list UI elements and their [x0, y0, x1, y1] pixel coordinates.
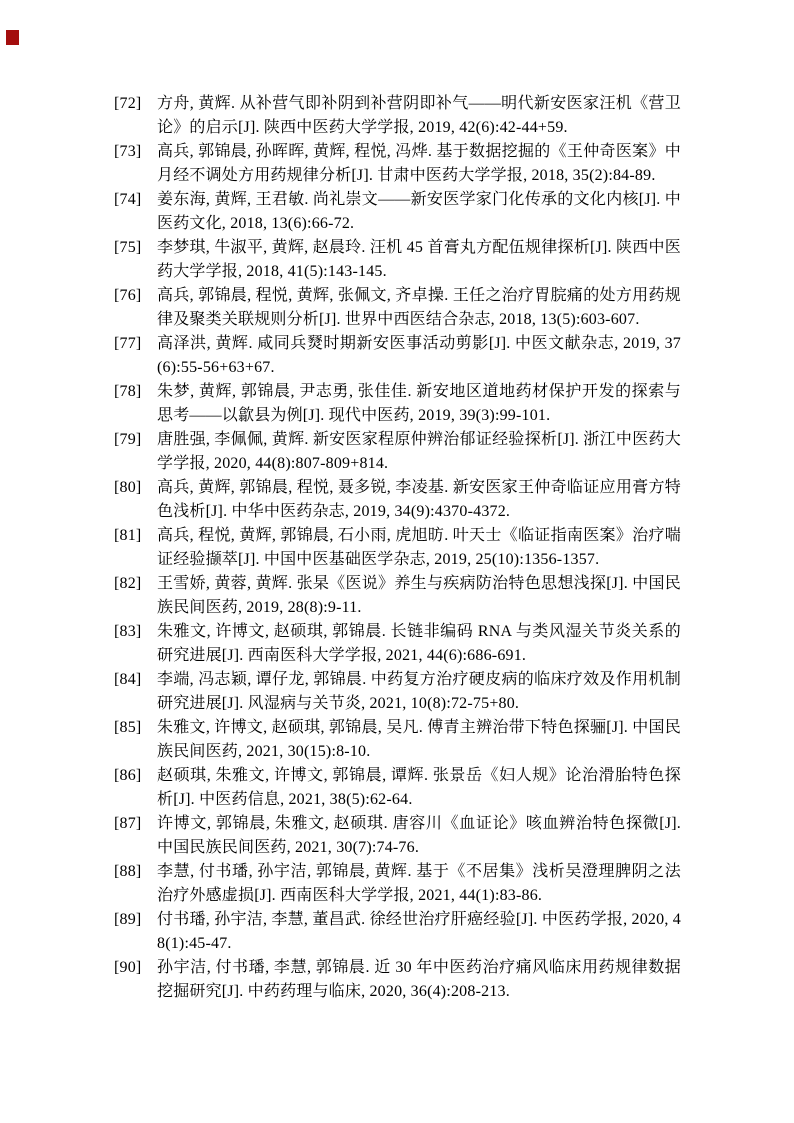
reference-text: 高兵, 郭锦晨, 孙晖晖, 黄辉, 程悦, 冯烨. 基于数据挖掘的《王仲奇医案》…: [157, 143, 681, 184]
document-page: [72]方舟, 黄辉. 从补营气即补阴到补营阴即补气——明代新安医家汪机《营卫论…: [0, 0, 794, 1123]
reference-text: 高兵, 黄辉, 郭锦晨, 程悦, 聂多锐, 李凌基. 新安医家王仲奇临证应用膏方…: [157, 479, 681, 520]
reference-number: [86]: [114, 764, 141, 788]
reference-entry: [90]孙宇洁, 付书璠, 李慧, 郭锦晨. 近 30 年中医药治疗痛风临床用药…: [114, 956, 681, 1004]
reference-entry: [87]许博文, 郭锦晨, 朱雅文, 赵硕琪. 唐容川《血证论》咳血辨治特色探微…: [114, 812, 681, 860]
reference-entry: [85]朱雅文, 许博文, 赵硕琪, 郭锦晨, 吴凡. 傅青主辨治带下特色探骊[…: [114, 716, 681, 764]
reference-text: 孙宇洁, 付书璠, 李慧, 郭锦晨. 近 30 年中医药治疗痛风临床用药规律数据…: [157, 959, 681, 1000]
reference-number: [83]: [114, 620, 141, 644]
reference-entry: [73]高兵, 郭锦晨, 孙晖晖, 黄辉, 程悦, 冯烨. 基于数据挖掘的《王仲…: [114, 140, 681, 188]
reference-number: [76]: [114, 284, 141, 308]
reference-entry: [78]朱梦, 黄辉, 郭锦晨, 尹志勇, 张佳佳. 新安地区道地药材保护开发的…: [114, 380, 681, 428]
reference-text: 李慧, 付书璠, 孙宇洁, 郭锦晨, 黄辉. 基于《不居集》浅析吴澄理脾阴之法治…: [157, 863, 681, 904]
reference-entry: [86]赵硕琪, 朱雅文, 许博文, 郭锦晨, 谭辉. 张景岳《妇人规》论治滑胎…: [114, 764, 681, 812]
red-marker: [6, 30, 19, 45]
reference-entry: [84]李端, 冯志颖, 谭仔龙, 郭锦晨. 中药复方治疗硬皮病的临床疗效及作用…: [114, 668, 681, 716]
reference-text: 付书璠, 孙宇洁, 李慧, 董昌武. 徐经世治疗肝癌经验[J]. 中医药学报, …: [157, 911, 681, 952]
reference-list: [72]方舟, 黄辉. 从补营气即补阴到补营阴即补气——明代新安医家汪机《营卫论…: [114, 92, 681, 1004]
reference-entry: [81]高兵, 程悦, 黄辉, 郭锦晨, 石小雨, 虎旭昉. 叶天士《临证指南医…: [114, 524, 681, 572]
reference-text: 赵硕琪, 朱雅文, 许博文, 郭锦晨, 谭辉. 张景岳《妇人规》论治滑胎特色探析…: [157, 767, 681, 808]
reference-number: [80]: [114, 476, 141, 500]
reference-entry: [80]高兵, 黄辉, 郭锦晨, 程悦, 聂多锐, 李凌基. 新安医家王仲奇临证…: [114, 476, 681, 524]
reference-number: [90]: [114, 956, 141, 980]
reference-text: 高兵, 程悦, 黄辉, 郭锦晨, 石小雨, 虎旭昉. 叶天士《临证指南医案》治疗…: [157, 527, 681, 568]
reference-number: [82]: [114, 572, 141, 596]
reference-number: [75]: [114, 236, 141, 260]
reference-number: [77]: [114, 332, 141, 356]
reference-entry: [82]王雪娇, 黄蓉, 黄辉. 张杲《医说》养生与疾病防治特色思想浅探[J].…: [114, 572, 681, 620]
reference-number: [85]: [114, 716, 141, 740]
reference-text: 姜东海, 黄辉, 王君敏. 尚礼崇文——新安医学家门化传承的文化内核[J]. 中…: [157, 191, 681, 232]
reference-entry: [75]李梦琪, 牛淑平, 黄辉, 赵晨玲. 汪机 45 首膏丸方配伍规律探析[…: [114, 236, 681, 284]
reference-entry: [74]姜东海, 黄辉, 王君敏. 尚礼崇文——新安医学家门化传承的文化内核[J…: [114, 188, 681, 236]
reference-entry: [76]高兵, 郭锦晨, 程悦, 黄辉, 张佩文, 齐卓操. 王任之治疗胃脘痛的…: [114, 284, 681, 332]
reference-text: 高泽洪, 黄辉. 咸同兵燹时期新安医事活动剪影[J]. 中医文献杂志, 2019…: [157, 335, 681, 376]
reference-entry: [88]李慧, 付书璠, 孙宇洁, 郭锦晨, 黄辉. 基于《不居集》浅析吴澄理脾…: [114, 860, 681, 908]
reference-text: 唐胜强, 李佩佩, 黄辉. 新安医家程原仲辨治郁证经验探析[J]. 浙江中医药大…: [157, 431, 681, 472]
reference-number: [72]: [114, 92, 141, 116]
reference-text: 许博文, 郭锦晨, 朱雅文, 赵硕琪. 唐容川《血证论》咳血辨治特色探微[J].…: [157, 815, 681, 856]
reference-text: 李梦琪, 牛淑平, 黄辉, 赵晨玲. 汪机 45 首膏丸方配伍规律探析[J]. …: [157, 239, 681, 280]
reference-entry: [83]朱雅文, 许博文, 赵硕琪, 郭锦晨. 长链非编码 RNA 与类风湿关节…: [114, 620, 681, 668]
reference-entry: [77]高泽洪, 黄辉. 咸同兵燹时期新安医事活动剪影[J]. 中医文献杂志, …: [114, 332, 681, 380]
reference-number: [89]: [114, 908, 141, 932]
reference-entry: [79]唐胜强, 李佩佩, 黄辉. 新安医家程原仲辨治郁证经验探析[J]. 浙江…: [114, 428, 681, 476]
reference-number: [84]: [114, 668, 141, 692]
reference-number: [78]: [114, 380, 141, 404]
reference-entry: [89]付书璠, 孙宇洁, 李慧, 董昌武. 徐经世治疗肝癌经验[J]. 中医药…: [114, 908, 681, 956]
reference-text: 朱雅文, 许博文, 赵硕琪, 郭锦晨, 吴凡. 傅青主辨治带下特色探骊[J]. …: [157, 719, 681, 760]
reference-number: [73]: [114, 140, 141, 164]
reference-text: 方舟, 黄辉. 从补营气即补阴到补营阴即补气——明代新安医家汪机《营卫论》的启示…: [157, 95, 681, 136]
reference-number: [88]: [114, 860, 141, 884]
reference-number: [79]: [114, 428, 141, 452]
reference-number: [74]: [114, 188, 141, 212]
reference-text: 王雪娇, 黄蓉, 黄辉. 张杲《医说》养生与疾病防治特色思想浅探[J]. 中国民…: [157, 575, 681, 616]
reference-number: [81]: [114, 524, 141, 548]
reference-text: 朱雅文, 许博文, 赵硕琪, 郭锦晨. 长链非编码 RNA 与类风湿关节炎关系的…: [157, 623, 681, 664]
reference-text: 朱梦, 黄辉, 郭锦晨, 尹志勇, 张佳佳. 新安地区道地药材保护开发的探索与思…: [157, 383, 681, 424]
reference-number: [87]: [114, 812, 141, 836]
reference-text: 李端, 冯志颖, 谭仔龙, 郭锦晨. 中药复方治疗硬皮病的临床疗效及作用机制研究…: [157, 671, 681, 712]
reference-text: 高兵, 郭锦晨, 程悦, 黄辉, 张佩文, 齐卓操. 王任之治疗胃脘痛的处方用药…: [157, 287, 681, 328]
reference-entry: [72]方舟, 黄辉. 从补营气即补阴到补营阴即补气——明代新安医家汪机《营卫论…: [114, 92, 681, 140]
